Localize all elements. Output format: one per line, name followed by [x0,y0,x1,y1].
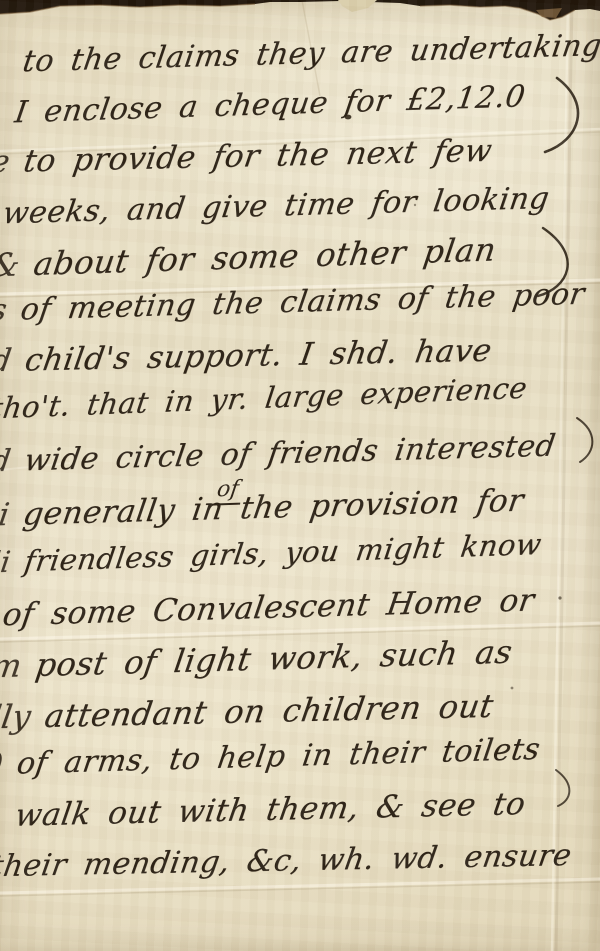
line-text: attendant on children out [42,687,496,735]
handwritten-line: I enclose a cheque for £2,12.0 [21,79,527,130]
line-text: friendless girls, you might know [22,527,544,578]
cropped-word-fragment: li [0,545,13,580]
handwritten-line: tho't. that in yr. large experience [0,371,529,425]
handwritten-line: mpost of light work, such as [0,633,515,685]
line-text: tho't. that in yr. large experience [0,371,529,426]
handwritten-line: &about for some other plan [0,230,499,284]
cropped-word-fragment: . [0,798,4,834]
letter-body: to the claims they are undertaking I enc… [0,0,600,951]
line-text: wide circle of friends interested [22,428,558,478]
handwritten-line: dchild's support. I shd. have [0,333,494,379]
line-text: of meeting the claims of the poor [18,277,587,328]
cropped-word-fragment: s [0,293,9,329]
handwritten-line: lifriendless girls, you might know [0,527,544,579]
line-text: child's support. I shd. have [23,333,495,379]
cropped-word-fragment: ) [0,747,6,782]
handwritten-line: igenerally in the provision for [5,483,526,534]
handwritten-line: dwide circle of friends interested [0,428,558,479]
line-text: to the claims they are undertaking [20,28,600,79]
handwritten-line: of some Convalescent Home or [9,582,537,633]
cropped-word-fragment: d [0,444,13,480]
line-text: of some Convalescent Home or [0,582,537,633]
line-text: to provide for the next few [21,133,495,180]
handwritten-line: .walk out with them, & see to [0,786,528,834]
cropped-word-fragment: d [0,343,14,380]
handwritten-line: weeks, and give time for looking [9,181,551,231]
cropped-word-fragment: & [0,245,23,284]
handwritten-line: to the claims they are undertaking [29,28,600,79]
handwritten-line: )of arms, to help in their toilets [0,732,543,782]
line-text: weeks, and give time for looking [0,181,551,231]
cropped-word-fragment: i [0,497,12,533]
cropped-word-fragment: m [0,646,25,685]
cropped-word-fragment: lly [0,697,34,736]
line-text: I enclose a cheque for £2,12.0 [12,79,527,130]
handwritten-line: their mending, &c, wh. wd. ensure [0,838,574,884]
line-text: their mending, &c, wh. wd. ensure [0,838,574,884]
letter-page: to the claims they are undertaking I enc… [0,0,600,951]
cropped-word-fragment: e [0,144,13,181]
line-text: generally in the provision for [21,483,527,533]
line-text: about for some other plan [31,230,499,283]
handwritten-line: eto provide for the next few [0,133,495,180]
handwritten-line: llyattendant on children out [0,687,496,736]
line-text: of arms, to help in their toilets [15,732,543,782]
line-text: post of light work, such as [33,633,515,684]
line-text: walk out with them, & see to [13,786,529,834]
handwritten-line: sof meeting the claims of the poor [0,277,587,328]
interlinear-insertion: of [211,476,244,505]
